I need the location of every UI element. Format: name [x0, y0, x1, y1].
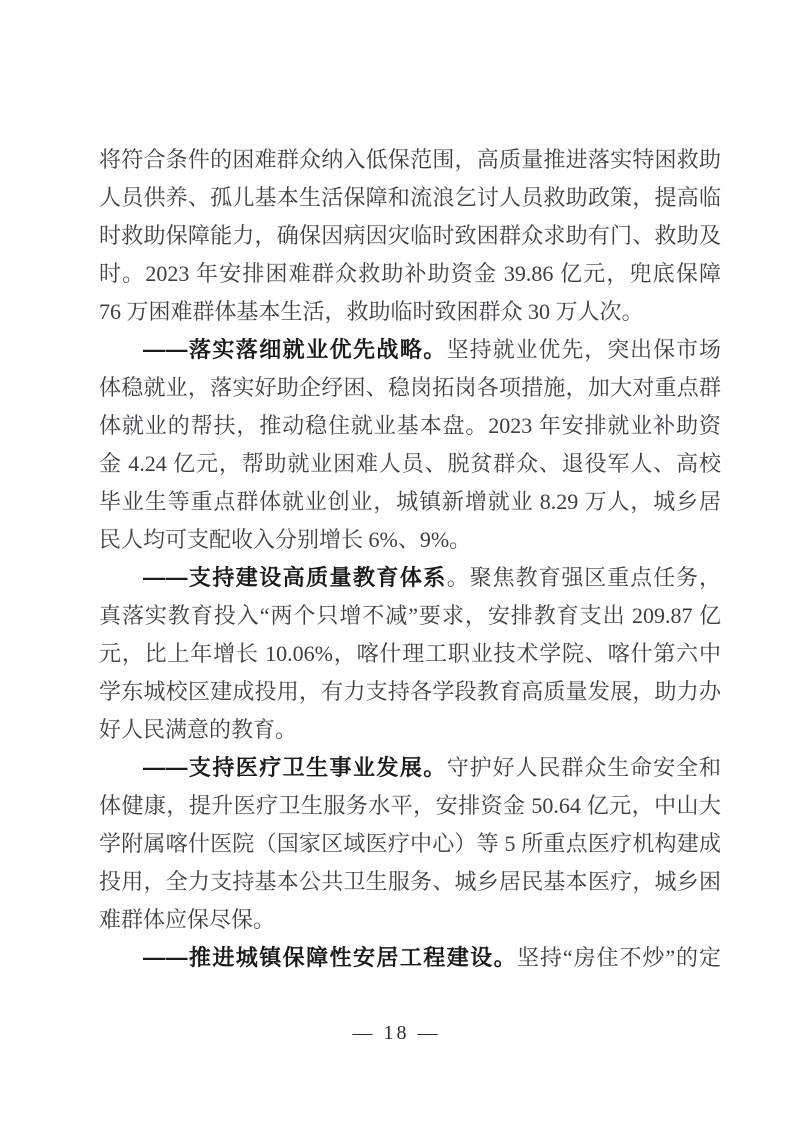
- paragraph: ——支持建设高质量教育体系。聚焦教育强区重点任务，认真落实教育投入“两个只增不减…: [99, 559, 721, 749]
- text-line: 时救助保障能力，确保因病因灾临时致困群众求助有门、救助及: [99, 217, 721, 255]
- text-line: 体就业的帮扶，推动稳住就业基本盘。2023 年安排就业补助资: [99, 407, 721, 445]
- line-text: 投用，全力支持基本公共卫生服务、城乡居民基本医疗，城乡困: [99, 869, 721, 894]
- line-text: 真落实教育投入“两个只增不减”要求，安排教育支出 209.87 亿: [99, 603, 721, 628]
- line-text: 将符合条件的困难群众纳入低保范围，高质量推进落实特困救助: [99, 147, 721, 172]
- paragraph-heading: ——推进城镇保障性安居工程建设。: [143, 945, 517, 970]
- text-line: 体健康，提升医疗卫生服务水平，安排资金 50.64 亿元，中山大: [99, 787, 721, 825]
- page-number: — 18 —: [0, 1018, 793, 1048]
- line-text: 金 4.24 亿元，帮助就业困难人员、脱贫群众、退役军人、高校: [99, 451, 721, 476]
- paragraph: ——支持医疗卫生事业发展。守护好人民群众生命安全和身体健康，提升医疗卫生服务水平…: [99, 749, 721, 939]
- text-line: 民人均可支配收入分别增长 6%、9%。: [99, 521, 721, 559]
- line-text: 时。2023 年安排困难群众救助补助资金 39.86 亿元，兜底保障: [99, 261, 721, 286]
- text-line: 学附属喀什医院（国家区域医疗中心）等 5 所重点医疗机构建成: [99, 825, 721, 863]
- paragraph: ——推进城镇保障性安居工程建设。坚持“房住不炒”的定: [99, 939, 721, 977]
- text-line: ——支持医疗卫生事业发展。守护好人民群众生命安全和身: [99, 749, 721, 787]
- text-line: 真落实教育投入“两个只增不减”要求，安排教育支出 209.87 亿: [99, 597, 721, 635]
- text-line: ——落实落细就业优先战略。坚持就业优先，突出保市场主: [99, 331, 721, 369]
- paragraph: 将符合条件的困难群众纳入低保范围，高质量推进落实特困救助人员供养、孤儿基本生活保…: [99, 141, 721, 331]
- document-page: 将符合条件的困难群众纳入低保范围，高质量推进落实特困救助人员供养、孤儿基本生活保…: [0, 0, 793, 1122]
- text-line: 76 万困难群体基本生活，救助临时致困群众 30 万人次。: [99, 293, 721, 331]
- text-line: 将符合条件的困难群众纳入低保范围，高质量推进落实特困救助: [99, 141, 721, 179]
- text-line: 时。2023 年安排困难群众救助补助资金 39.86 亿元，兜底保障: [99, 255, 721, 293]
- line-text: 毕业生等重点群体就业创业，城镇新增就业 8.29 万人，城乡居: [99, 489, 721, 514]
- line-text: 学东城校区建成投用，有力支持各学段教育高质量发展，助力办: [99, 679, 721, 704]
- line-text: 体健康，提升医疗卫生服务水平，安排资金 50.64 亿元，中山大: [99, 793, 721, 818]
- text-line: ——推进城镇保障性安居工程建设。坚持“房住不炒”的定: [99, 939, 721, 977]
- paragraph-heading: ——支持医疗卫生事业发展。: [143, 755, 447, 780]
- paragraph: ——落实落细就业优先战略。坚持就业优先，突出保市场主体稳就业，落实好助企纾困、稳…: [99, 331, 721, 559]
- text-line: ——支持建设高质量教育体系。聚焦教育强区重点任务，认: [99, 559, 721, 597]
- line-text: 人员供养、孤儿基本生活保障和流浪乞讨人员救助政策，提高临: [99, 185, 721, 210]
- text-line: 好人民满意的教育。: [99, 711, 721, 749]
- document-body: 将符合条件的困难群众纳入低保范围，高质量推进落实特困救助人员供养、孤儿基本生活保…: [99, 141, 721, 977]
- line-text: 元，比上年增长 10.06%，喀什理工职业技术学院、喀什第六中: [99, 641, 721, 666]
- text-line: 金 4.24 亿元，帮助就业困难人员、脱贫群众、退役军人、高校: [99, 445, 721, 483]
- line-text: 民人均可支配收入分别增长 6%、9%。: [99, 527, 471, 552]
- line-text: 学附属喀什医院（国家区域医疗中心）等 5 所重点医疗机构建成: [99, 831, 721, 856]
- text-line: 元，比上年增长 10.06%，喀什理工职业技术学院、喀什第六中: [99, 635, 721, 673]
- text-line: 毕业生等重点群体就业创业，城镇新增就业 8.29 万人，城乡居: [99, 483, 721, 521]
- line-text: 坚持“房住不炒”的定: [517, 945, 721, 970]
- text-line: 体稳就业，落实好助企纾困、稳岗拓岗各项措施，加大对重点群: [99, 369, 721, 407]
- paragraph-heading: ——落实落细就业优先战略。: [143, 337, 447, 362]
- paragraph-heading: ——支持建设高质量教育体系: [143, 565, 447, 590]
- text-line: 学东城校区建成投用，有力支持各学段教育高质量发展，助力办: [99, 673, 721, 711]
- line-text: 76 万困难群体基本生活，救助临时致困群众 30 万人次。: [99, 299, 644, 324]
- line-text: 体稳就业，落实好助企纾困、稳岗拓岗各项措施，加大对重点群: [99, 375, 721, 400]
- line-text: 难群体应保尽保。: [99, 907, 275, 932]
- text-line: 投用，全力支持基本公共卫生服务、城乡居民基本医疗，城乡困: [99, 863, 721, 901]
- text-line: 人员供养、孤儿基本生活保障和流浪乞讨人员救助政策，提高临: [99, 179, 721, 217]
- line-text: 好人民满意的教育。: [99, 717, 297, 742]
- line-text: 时救助保障能力，确保因病因灾临时致困群众求助有门、救助及: [99, 223, 721, 248]
- line-text: 体就业的帮扶，推动稳住就业基本盘。2023 年安排就业补助资: [99, 413, 721, 438]
- text-line: 难群体应保尽保。: [99, 901, 721, 939]
